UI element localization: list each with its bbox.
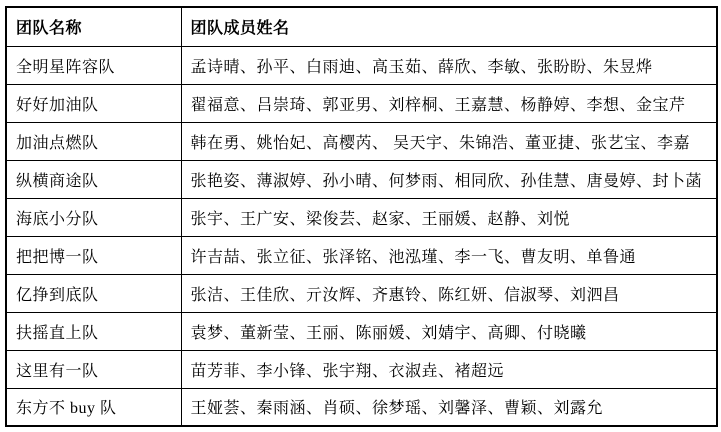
team-name-cell: 纵横商途队 bbox=[6, 160, 181, 198]
team-name-cell: 东方不 buy 队 bbox=[6, 388, 181, 426]
team-members-cell: 王娅荟、秦雨涵、肖硕、徐梦瑶、刘馨泽、曹颖、刘露允 bbox=[181, 388, 717, 426]
team-members-cell: 许吉喆、张立征、张泽铭、池泓瑾、李一飞、曹友明、单鲁通 bbox=[181, 236, 717, 274]
table-row: 全明星阵容队 孟诗晴、孙平、白雨迪、高玉茹、薛欣、李敏、张盼盼、朱昱烨 bbox=[6, 46, 717, 84]
table-row: 海底小分队 张宇、王广安、梁俊芸、赵家、王丽媛、赵静、刘悦 bbox=[6, 198, 717, 236]
team-members-cell: 苗芳菲、李小锋、张宇翔、衣淑垚、褚超远 bbox=[181, 350, 717, 388]
team-name-cell: 全明星阵容队 bbox=[6, 46, 181, 84]
team-members-cell: 翟福意、吕崇琦、郭亚男、刘梓桐、王嘉慧、杨静婷、李想、金宝芹 bbox=[181, 84, 717, 122]
team-members-cell: 孟诗晴、孙平、白雨迪、高玉茹、薛欣、李敏、张盼盼、朱昱烨 bbox=[181, 46, 717, 84]
table-row: 加油点燃队 韩在勇、姚怡妃、高樱芮、 吴天宇、朱锦浩、董亚捷、张艺宝、李嘉 bbox=[6, 122, 717, 160]
team-members-cell: 张宇、王广安、梁俊芸、赵家、王丽媛、赵静、刘悦 bbox=[181, 198, 717, 236]
table-row: 纵横商途队 张艳姿、薄淑婷、孙小晴、何梦雨、相同欣、孙佳慧、唐曼婷、封卜菡 bbox=[6, 160, 717, 198]
team-roster-table: 团队名称 团队成员姓名 全明星阵容队 孟诗晴、孙平、白雨迪、高玉茹、薛欣、李敏、… bbox=[5, 6, 718, 427]
document-page: 团队名称 团队成员姓名 全明星阵容队 孟诗晴、孙平、白雨迪、高玉茹、薛欣、李敏、… bbox=[0, 0, 721, 432]
table-row: 东方不 buy 队 王娅荟、秦雨涵、肖硕、徐梦瑶、刘馨泽、曹颖、刘露允 bbox=[6, 388, 717, 426]
team-name-cell: 海底小分队 bbox=[6, 198, 181, 236]
team-name-cell: 这里有一队 bbox=[6, 350, 181, 388]
team-name-cell: 加油点燃队 bbox=[6, 122, 181, 160]
team-name-cell: 亿挣到底队 bbox=[6, 274, 181, 312]
team-name-cell: 把把博一队 bbox=[6, 236, 181, 274]
team-members-cell: 韩在勇、姚怡妃、高樱芮、 吴天宇、朱锦浩、董亚捷、张艺宝、李嘉 bbox=[181, 122, 717, 160]
team-name-cell: 好好加油队 bbox=[6, 84, 181, 122]
team-name-cell: 扶摇直上队 bbox=[6, 312, 181, 350]
team-members-cell: 袁梦、董新莹、王丽、陈丽媛、刘婧宇、高卿、付晓曦 bbox=[181, 312, 717, 350]
team-members-cell: 张洁、王佳欣、亓汝辉、齐惠铃、陈红妍、信淑琴、刘泗昌 bbox=[181, 274, 717, 312]
table-row: 这里有一队 苗芳菲、李小锋、张宇翔、衣淑垚、褚超远 bbox=[6, 350, 717, 388]
table-row: 好好加油队 翟福意、吕崇琦、郭亚男、刘梓桐、王嘉慧、杨静婷、李想、金宝芹 bbox=[6, 84, 717, 122]
table-header-row: 团队名称 团队成员姓名 bbox=[6, 7, 717, 46]
table-row: 把把博一队 许吉喆、张立征、张泽铭、池泓瑾、李一飞、曹友明、单鲁通 bbox=[6, 236, 717, 274]
header-team-name: 团队名称 bbox=[6, 7, 181, 46]
table-row: 扶摇直上队 袁梦、董新莹、王丽、陈丽媛、刘婧宇、高卿、付晓曦 bbox=[6, 312, 717, 350]
table-row: 亿挣到底队 张洁、王佳欣、亓汝辉、齐惠铃、陈红妍、信淑琴、刘泗昌 bbox=[6, 274, 717, 312]
team-members-cell: 张艳姿、薄淑婷、孙小晴、何梦雨、相同欣、孙佳慧、唐曼婷、封卜菡 bbox=[181, 160, 717, 198]
header-team-members: 团队成员姓名 bbox=[181, 7, 717, 46]
